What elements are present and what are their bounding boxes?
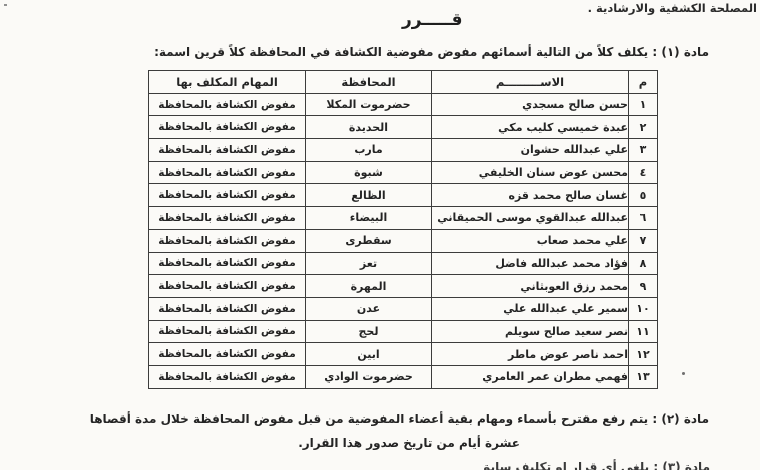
row-number: ٨ (629, 252, 658, 275)
row-governorate: تعز (306, 252, 432, 275)
row-number: ١٢ (629, 343, 658, 366)
row-tasks: مفوض الكشافة بالمحافظة (149, 207, 306, 230)
row-name: نصر سعيد صالح سويلم (432, 320, 629, 343)
table-row: ١٢احمد ناصر عوض ماطرابينمفوض الكشافة بال… (149, 343, 658, 366)
row-governorate: لحج (306, 320, 432, 343)
row-name: فؤاد محمد عبدالله فاضل (432, 252, 629, 275)
row-name: احمد ناصر عوض ماطر (432, 343, 629, 366)
header-number: م (629, 71, 658, 94)
row-number: ٦ (629, 207, 658, 230)
table-row: ٧علي محمد صعابسقطرىمفوض الكشافة بالمحافظ… (149, 229, 658, 252)
header-tasks: المهام المكلف بها (149, 71, 306, 94)
row-governorate: الظالع (306, 184, 432, 207)
row-governorate: حضرموت المكلا (306, 93, 432, 116)
header-governorate: المحافظة (306, 71, 432, 94)
row-name: محمد رزق العوبثاني (432, 275, 629, 298)
scanned-decree-page: المصلحة الكشفية والارشادية . قـــــرر ما… (0, 0, 760, 470)
table-row: ٢عبدة خميسي كليب مكيالحديدةمفوض الكشافة … (149, 116, 658, 139)
row-governorate: البيضاء (306, 207, 432, 230)
row-tasks: مفوض الكشافة بالمحافظة (149, 320, 306, 343)
row-tasks: مفوض الكشافة بالمحافظة (149, 252, 306, 275)
row-governorate: سقطرى (306, 229, 432, 252)
table-row: ٩محمد رزق العوبثانيالمهرةمفوض الكشافة با… (149, 275, 658, 298)
table-row: ١حسن صالح مسجديحضرموت المكلامفوض الكشافة… (149, 93, 658, 116)
row-name: فهمي مطران عمر العامري (432, 365, 629, 388)
row-name: علي محمد صعاب (432, 229, 629, 252)
row-number: ٩ (629, 275, 658, 298)
row-name: عبدة خميسي كليب مكي (432, 116, 629, 139)
article-3-clipped-line: مادة (٣) : يلغى أي قرار او تكليف سابق (480, 459, 710, 470)
table-row: ١١نصر سعيد صالح سويلملحجمفوض الكشافة بال… (149, 320, 658, 343)
scan-speckle (682, 372, 685, 375)
row-number: ٣ (629, 139, 658, 162)
row-governorate: مارب (306, 139, 432, 162)
row-tasks: مفوض الكشافة بالمحافظة (149, 184, 306, 207)
row-name: سمير علي عبدالله علي (432, 297, 629, 320)
table-row: ١٣فهمي مطران عمر العامريحضرموت الواديمفو… (149, 365, 658, 388)
row-tasks: مفوض الكشافة بالمحافظة (149, 93, 306, 116)
table-header-row: م الاســـــــــم المحافظة المهام المكلف … (149, 71, 658, 94)
row-governorate: ابين (306, 343, 432, 366)
row-governorate: عدن (306, 297, 432, 320)
row-number: ١١ (629, 320, 658, 343)
row-tasks: مفوض الكشافة بالمحافظة (149, 343, 306, 366)
row-tasks: مفوض الكشافة بالمحافظة (149, 116, 306, 139)
article-2-line-1: مادة (٢) : يتم رفع مقترح بأسماء ومهام بق… (90, 411, 709, 427)
row-number: ٧ (629, 229, 658, 252)
row-name: محسن عوض سنان الخليفي (432, 161, 629, 184)
table-row: ٦عبدالله عبدالقوي موسى الحميقانيالبيضاءم… (149, 207, 658, 230)
table-row: ٤محسن عوض سنان الخليفيشبوةمفوض الكشافة ب… (149, 161, 658, 184)
row-governorate: شبوة (306, 161, 432, 184)
row-tasks: مفوض الكشافة بالمحافظة (149, 365, 306, 388)
row-number: ١٠ (629, 297, 658, 320)
row-name: حسن صالح مسجدي (432, 93, 629, 116)
table-body: ١حسن صالح مسجديحضرموت المكلامفوض الكشافة… (149, 93, 658, 388)
row-name: غسان صالح محمد قزه (432, 184, 629, 207)
decree-title: قـــــرر (402, 10, 463, 30)
top-continuation-line: المصلحة الكشفية والارشادية . (588, 1, 757, 15)
row-number: ٢ (629, 116, 658, 139)
row-tasks: مفوض الكشافة بالمحافظة (149, 275, 306, 298)
article-2-line-2: عشرة أيام من تاريخ صدور هذا القرار. (298, 435, 520, 451)
row-name: علي عبدالله حشوان (432, 139, 629, 162)
row-number: ٥ (629, 184, 658, 207)
row-tasks: مفوض الكشافة بالمحافظة (149, 161, 306, 184)
table-row: ٥غسان صالح محمد قزهالظالعمفوض الكشافة با… (149, 184, 658, 207)
commissioners-table: م الاســـــــــم المحافظة المهام المكلف … (148, 70, 658, 389)
header-name: الاســـــــــم (432, 71, 629, 94)
table-row: ٨فؤاد محمد عبدالله فاضلتعزمفوض الكشافة ب… (149, 252, 658, 275)
row-tasks: مفوض الكشافة بالمحافظة (149, 229, 306, 252)
row-number: ٤ (629, 161, 658, 184)
table-row: ١٠سمير علي عبدالله عليعدنمفوض الكشافة با… (149, 297, 658, 320)
row-governorate: المهرة (306, 275, 432, 298)
row-number: ١٣ (629, 365, 658, 388)
table-row: ٣علي عبدالله حشوانماربمفوض الكشافة بالمح… (149, 139, 658, 162)
row-name: عبدالله عبدالقوي موسى الحميقاني (432, 207, 629, 230)
row-governorate: الحديدة (306, 116, 432, 139)
row-tasks: مفوض الكشافة بالمحافظة (149, 297, 306, 320)
row-number: ١ (629, 93, 658, 116)
scan-speckle (4, 4, 7, 6)
row-tasks: مفوض الكشافة بالمحافظة (149, 139, 306, 162)
row-governorate: حضرموت الوادي (306, 365, 432, 388)
article-1-text: مادة (١) : يكلف كلاً من التالية أسمائهم … (154, 44, 709, 60)
